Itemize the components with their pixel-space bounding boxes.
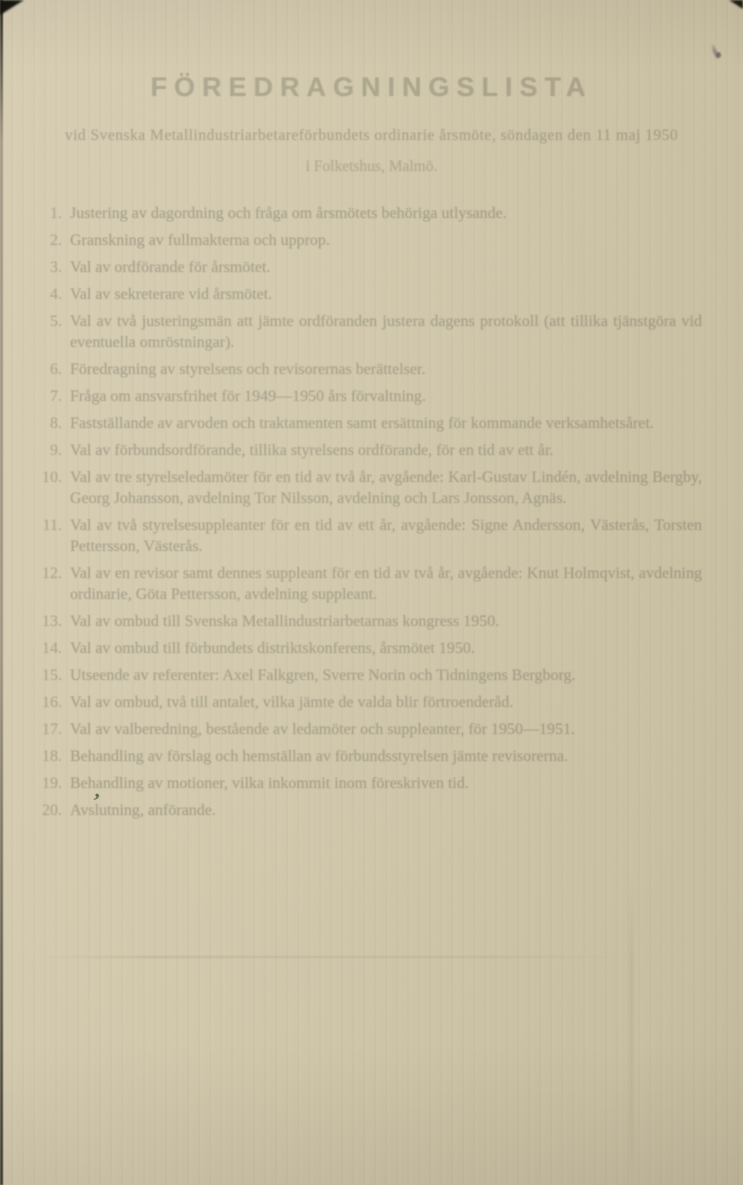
item-number: 5. (42, 311, 70, 353)
item-text: Val av ombud till Svenska Metallindustri… (70, 611, 702, 632)
agenda-item: 1.Justering av dagordning och fråga om å… (42, 203, 702, 224)
agenda-item: 14.Val av ombud till förbundets distrikt… (42, 638, 702, 659)
item-number: 20. (42, 800, 70, 821)
subtitle-line-2: i Folketshus, Malmö. (0, 158, 743, 176)
item-number: 16. (42, 692, 70, 713)
item-number: 10. (42, 467, 70, 509)
ink-smudge-dot (716, 52, 721, 58)
agenda-item: 10.Val av tre styrelseledamöter för en t… (42, 467, 702, 509)
item-text: Behandling av motioner, vilka inkommit i… (70, 773, 702, 794)
item-text: Val av två styrelsesuppleanter för en ti… (70, 515, 702, 557)
item-number: 13. (42, 611, 70, 632)
agenda-item: 8.Fastställande av arvoden och traktamen… (42, 413, 702, 434)
item-text: Val av valberedning, bestående av ledamö… (70, 719, 702, 740)
item-text: Val av två justeringsmän att jämte ordfö… (70, 311, 702, 353)
item-text: Avslutning, anförande. (70, 800, 702, 821)
item-number: 6. (42, 359, 70, 380)
agenda-item: 3.Val av ordförande för årsmötet. (42, 257, 702, 278)
agenda-item: 19.Behandling av motioner, vilka inkommi… (42, 773, 702, 794)
item-number: 7. (42, 386, 70, 407)
item-text: Val av ombud till förbundets distriktsko… (70, 638, 702, 659)
agenda-item: 4.Val av sekreterare vid årsmötet. (42, 284, 702, 305)
horizontal-crease (35, 956, 620, 958)
subtitle-line-1: vid Svenska Metallindustriarbetareförbun… (30, 127, 713, 145)
agenda-list: 1.Justering av dagordning och fråga om å… (42, 203, 702, 821)
agenda-item: 15.Utseende av referenter: Axel Falkgren… (42, 665, 702, 686)
agenda-item: 17.Val av valberedning, bestående av led… (42, 719, 702, 740)
agenda-item: 5.Val av två justeringsmän att jämte ord… (42, 311, 702, 353)
item-number: 14. (42, 638, 70, 659)
agenda-item: 11.Val av två styrelsesuppleanter för en… (42, 515, 702, 557)
agenda-item: 13.Val av ombud till Svenska Metallindus… (42, 611, 702, 632)
item-text: Behandling av förslag och hemställan av … (70, 746, 702, 767)
item-text: Val av tre styrelseledamöter för en tid … (70, 467, 702, 509)
item-number: 17. (42, 719, 70, 740)
item-text: Val av förbundsordförande, tillika styre… (70, 440, 702, 461)
item-number: 11. (42, 515, 70, 557)
scan-corner-top-left (0, 0, 24, 15)
item-number: 19. (42, 773, 70, 794)
page-title: FÖREDRAGNINGSLISTA (0, 0, 743, 103)
item-text: Val av ordförande för årsmötet. (70, 257, 702, 278)
item-text: Justering av dagordning och fråga om års… (70, 203, 702, 224)
item-text: Fråga om ansvarsfrihet för 1949—1950 års… (70, 386, 702, 407)
agenda-item: 7.Fråga om ansvarsfrihet för 1949—1950 å… (42, 386, 702, 407)
item-number: 3. (42, 257, 70, 278)
scan-corner-top-right (729, 0, 743, 9)
agenda-item: 6.Föredragning av styrelsens och revisor… (42, 359, 702, 380)
agenda-item: 16.Val av ombud, två till antalet, vilka… (42, 692, 702, 713)
agenda-item: 12.Val av en revisor samt dennes supplea… (42, 563, 702, 605)
agenda-item: 20.Avslutning, anförande. (42, 800, 702, 821)
agenda-item: 9.Val av förbundsordförande, tillika sty… (42, 440, 702, 461)
item-text: Val av sekreterare vid årsmötet. (70, 284, 702, 305)
item-number: 18. (42, 746, 70, 767)
item-text: Fastställande av arvoden och traktamente… (70, 413, 702, 434)
item-text: Val av ombud, två till antalet, vilka jä… (70, 692, 702, 713)
agenda-item: 2.Granskning av fullmakterna och upprop. (42, 230, 702, 251)
item-text: Föredragning av styrelsens och revisorer… (70, 359, 702, 380)
item-number: 12. (42, 563, 70, 605)
item-text: Granskning av fullmakterna och upprop. (70, 230, 702, 251)
vertical-crease (630, 880, 633, 1185)
item-number: 4. (42, 284, 70, 305)
agenda-item: 18.Behandling av förslag och hemställan … (42, 746, 702, 767)
item-number: 15. (42, 665, 70, 686)
item-number: 1. (42, 203, 70, 224)
scanned-agenda-page: FÖREDRAGNINGSLISTA vid Svenska Metallind… (0, 0, 743, 1185)
item-number: 9. (42, 440, 70, 461)
item-number: 2. (42, 230, 70, 251)
item-text: Val av en revisor samt dennes suppleant … (70, 563, 702, 605)
item-number: 8. (42, 413, 70, 434)
item-text: Utseende av referenter: Axel Falkgren, S… (70, 665, 702, 686)
scan-edge-left (0, 0, 3, 1185)
